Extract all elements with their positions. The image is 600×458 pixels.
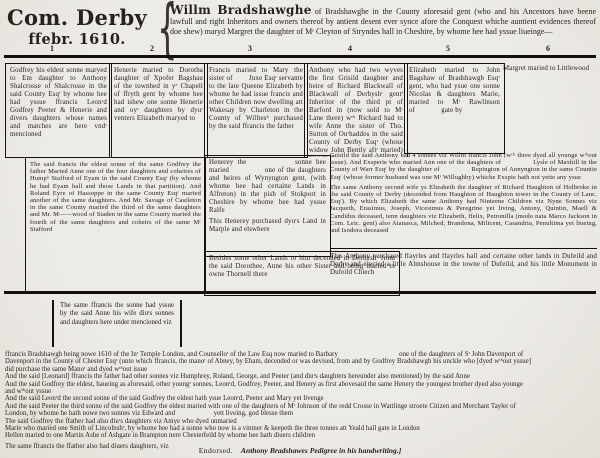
pedigree-document: Com. Derby ffebr. 1610. { Willm Bradshaw… bbox=[0, 0, 600, 458]
top-rule bbox=[4, 55, 596, 58]
footer-line: did purchase the same Manoʳ and dyed wᵗʰ… bbox=[5, 366, 599, 373]
column-number-5: 5 bbox=[436, 44, 460, 53]
column-number-4: 4 bbox=[338, 44, 362, 53]
anthony-purchased-text: This Anthony purchased ffayrles and ffay… bbox=[330, 253, 597, 277]
column-number-3: 3 bbox=[238, 44, 262, 53]
anthony-continuation: Grisild the said Anthony had 4 sonnes vi… bbox=[330, 152, 597, 234]
county-date-heading: Com. Derby ffebr. 1610. bbox=[6, 7, 148, 48]
box-godfrey-eldest: Godfrey his eldest sonne maryed to Em da… bbox=[5, 63, 112, 158]
county-title: Com. Derby bbox=[6, 7, 148, 29]
box-elizabeth: Elizabeth maried to John Bagshaw of Brad… bbox=[404, 63, 505, 154]
box-anthony: Anthony who had two wyves the first Gris… bbox=[304, 63, 408, 157]
header-paragraph: Willm Bradshawgheof Bradshawghe in the C… bbox=[170, 5, 596, 37]
endorsement-line: Endorsed.Anthony Bradshawes Pedigree in … bbox=[0, 446, 600, 455]
date-line: ffebr. 1610. bbox=[6, 32, 148, 48]
william-bradshawghe-name: Willm Bradshawghe bbox=[170, 3, 315, 17]
anthony-divider-rule bbox=[330, 248, 597, 250]
box-henerie: Henerie maried to Dorotha daughter of Xp… bbox=[109, 63, 208, 158]
footer-paragraph: ffrancis Bradshawgh being nowe 1610 of t… bbox=[5, 351, 599, 450]
footer-line: ffrancis Bradshawgh being nowe 1610 of t… bbox=[5, 351, 599, 358]
box-francis: Francis maried to Mary the sister of Jux… bbox=[204, 63, 308, 158]
footer-line: And the said Godfrey the eldest, haueing… bbox=[5, 381, 599, 388]
endorsed-text: Anthony Bradshawes Pedigree in his handw… bbox=[233, 446, 401, 455]
endorsed-label: Endorsed. bbox=[199, 446, 233, 455]
footer-line: And the said [Leonard] ffrancis the fath… bbox=[5, 373, 599, 380]
footer-line: and wᵗʰout yssue bbox=[5, 388, 599, 395]
footer-line: Marie who maried one Smith of Lincolnshʳ… bbox=[5, 425, 599, 432]
middle-rule bbox=[4, 291, 596, 294]
henerey-text: Henerey the sonne hee maried one of the … bbox=[209, 159, 326, 215]
footer-line: London, by whome he hath nowe two sonnes… bbox=[5, 410, 599, 417]
footer-line: Hellen maried to one Martin Ashe of Ashg… bbox=[5, 432, 599, 439]
footer-line: Davenport in the County of Chester Esqʳ … bbox=[5, 358, 599, 365]
box-henerey-second: Henerey the sonne hee maried one of the … bbox=[204, 155, 331, 257]
footer-line: The said Godfrey the ffather had also di… bbox=[5, 418, 599, 425]
footer-line: And the said Leonʳd the second sonne of … bbox=[5, 395, 599, 402]
anthony-grisild-text: Grisild the said Anthony had 4 sonnes vi… bbox=[330, 152, 597, 181]
henerey-purchased-text: This Henerey purchased dyuʳs Land in Mar… bbox=[209, 218, 326, 234]
column-number-2: 2 bbox=[140, 44, 164, 53]
footer-line: And the said Peeter the third sonne of t… bbox=[5, 403, 599, 410]
box-margret: Margret maried to Littlewood bbox=[503, 65, 596, 73]
column-number-6: 6 bbox=[536, 44, 560, 53]
column-number-1: 1 bbox=[40, 44, 64, 53]
box-francis-sonne-issue: The same ffrancis the sonne had yssue by… bbox=[52, 300, 182, 347]
anthony-second-wife-text: The same Anthony second wife ys Elizabet… bbox=[330, 184, 597, 234]
box-francis-eldest-sonne: The said francis the eldest sonne of the… bbox=[25, 157, 206, 294]
